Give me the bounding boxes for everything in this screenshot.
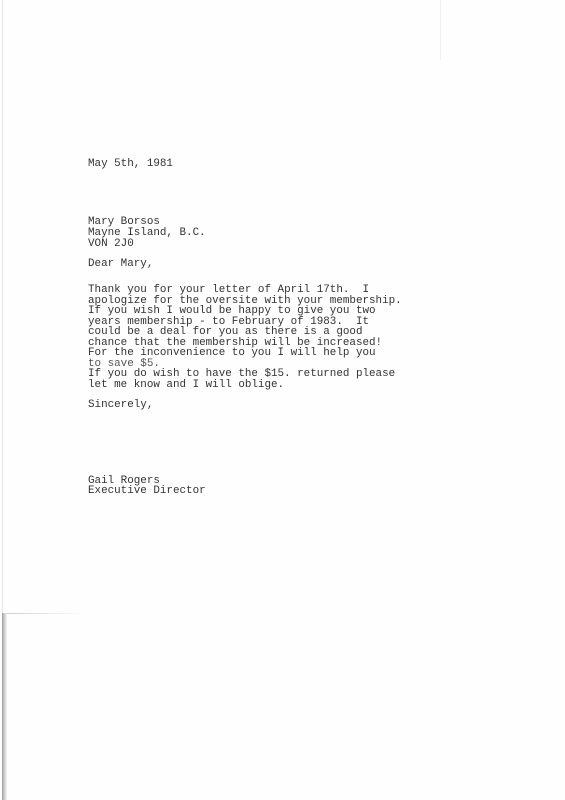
signature-title: Executive Director [88,486,206,497]
letter-date: May 5th, 1981 [88,159,173,170]
salutation: Dear Mary, [88,259,153,270]
page-bleed-mark [440,0,441,60]
closing: Sincerely, [88,400,153,411]
letter-page: May 5th, 1981 Mary Borsos Mayne Island, … [0,0,565,800]
recipient-postal-code: VON 2J0 [88,239,134,250]
scan-shadow-edge [6,613,86,614]
scan-shadow [2,613,7,800]
body-line: let me know and I will oblige. [88,380,284,391]
